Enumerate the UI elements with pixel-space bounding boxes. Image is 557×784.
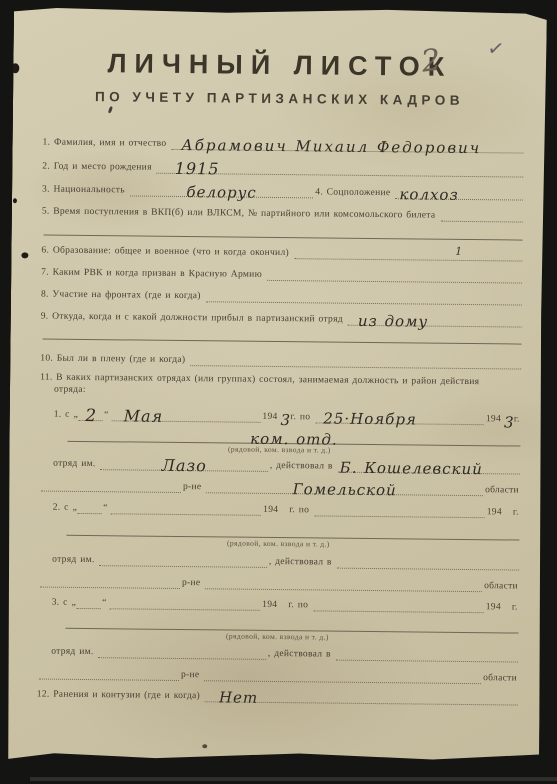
rne-label: р-не	[182, 577, 204, 589]
entry-3-acted-line	[336, 648, 519, 663]
field-8-line	[206, 289, 522, 305]
position-caption: (рядовой, ком. взвода и т. д.)	[178, 538, 378, 549]
year-suffix: г.	[512, 601, 521, 613]
entry-3-to-date-line	[313, 598, 484, 613]
entry-3-date-row: 3. с „ “ 194 г. по 194 г.	[52, 596, 521, 614]
quote-close: “	[103, 409, 110, 421]
field-5-label: 5. Время поступления в ВКП(б) или ВЛКСМ,…	[42, 206, 439, 222]
entry-1-district-row: р-не Гомельской области	[39, 479, 522, 497]
entry-3-position-line	[63, 616, 520, 634]
blank-rule	[44, 223, 523, 241]
field-11-label-line2: отряда:	[54, 385, 523, 400]
stray-pen-mark: 1	[455, 246, 462, 258]
year-printed: 194	[262, 599, 280, 611]
position-rule: ком. отд.	[67, 429, 520, 447]
field-4-line: колхоз	[395, 186, 523, 200]
year-suffix: г.	[514, 413, 523, 425]
otryad-label: отряд им.	[51, 646, 97, 658]
year-printed: 194	[486, 601, 504, 613]
field-7-line	[267, 268, 522, 284]
field-12-handwriting: Нет	[219, 691, 258, 703]
field-5-line	[440, 209, 523, 223]
field-3-line: белорус	[130, 183, 314, 198]
field-7-label: 7. Каким РВК и когда призван в Красную А…	[41, 267, 265, 281]
year-suffix: г.	[513, 506, 522, 518]
entry-1-acted-handwriting: Б. Кошелевский	[340, 462, 483, 475]
field-1-line: Абрамович Михаил Федорович	[171, 137, 523, 154]
district-lead-line	[39, 667, 179, 681]
field-9-continuation-line	[41, 327, 524, 345]
entry-1-to-date-handwriting: 25·Ноября	[323, 412, 417, 425]
entry-3-rne-line	[204, 668, 481, 684]
year-printed: 194	[263, 504, 281, 516]
oblast-label: области	[484, 580, 521, 592]
entry-2-acted-line	[337, 556, 520, 571]
field-9-row: 9. Откуда, когда и с какой должности при…	[41, 310, 524, 328]
entry-1-from-day-line: 2	[79, 408, 103, 421]
field-1-handwriting: Абрамович Михаил Федорович	[181, 139, 481, 154]
acted-label: , действовал в	[268, 648, 334, 661]
entry-1-acted-line: Б. Кошелевский	[338, 460, 521, 475]
entry-1-from-month-line: Мая	[112, 408, 261, 423]
quote-close: “	[101, 597, 108, 609]
field-9-line: из дому	[348, 313, 522, 328]
blank-rule	[43, 327, 522, 345]
to-label: г. по	[289, 504, 312, 516]
document-paper: ЛИЧНЫЙ ЛИСТОК 2 ✓ ПО УЧЕТУ ПАРТИЗАНСКИХ …	[6, 5, 547, 773]
entry-2-from-month-line	[111, 501, 262, 516]
entry-2-otryad-row: отряд им. , действовал в	[52, 553, 521, 571]
entry-3-district-row: р-не области	[37, 667, 520, 685]
position-caption: (рядовой, ком. взвода и т. д.)	[177, 631, 377, 642]
field-2-label: 2. Год и место рождения	[42, 161, 155, 174]
entry-2-district-row: р-не области	[38, 575, 521, 593]
entry-1-otryad-row: отряд им. Лазо , действовал в Б. Кошелев…	[53, 457, 522, 475]
position-rule	[65, 616, 518, 634]
year-printed: 194	[487, 506, 505, 518]
field-2-row: 2. Год и место рождения 1915	[42, 160, 525, 178]
field-10-line	[190, 353, 521, 369]
field-4-label: 4. Соцположение	[315, 186, 393, 199]
entry-1-to-year-handwriting: 3	[504, 416, 514, 428]
field-2-handwriting: 1915	[175, 163, 220, 175]
ink-speck	[21, 252, 28, 258]
entry-2-number: 2. с	[53, 502, 72, 514]
field-5-continuation-line	[42, 223, 525, 241]
entry-2-to-date-line	[314, 503, 485, 518]
field-4-handwriting: колхоз	[399, 188, 458, 201]
entry-1-position-line: ком. отд.	[65, 429, 522, 447]
entry-1-otryad-line: Лазо	[101, 457, 268, 472]
field-7-row: 7. Каким РВК и когда призван в Красную А…	[41, 266, 524, 284]
field-6-row: 6. Образование: общее и военное (что и к…	[41, 244, 524, 262]
entry-1-from-year-handwriting: 3	[280, 414, 290, 426]
quote-close: “	[102, 502, 109, 514]
district-lead-line	[41, 479, 181, 493]
field-8-row: 8. Участие на фронтах (где и когда)	[41, 288, 524, 306]
field-10-row: 10. Был ли в плену (где и когда)	[40, 352, 523, 370]
field-9-label: 9. Откуда, когда и с какой должности при…	[41, 311, 346, 326]
entry-3-number: 3. с	[52, 597, 71, 609]
oblast-label: области	[483, 672, 520, 684]
field-6-line: 1	[294, 246, 523, 261]
field-2-line: 1915	[157, 161, 524, 178]
acted-label: , действовал в	[270, 460, 336, 473]
field-12-line: Нет	[205, 689, 518, 705]
entry-2-from-day-line	[78, 501, 102, 514]
entry-1-date-row: 1. с „ 2 “ Мая 194 3 г. по 25·Ноября 194…	[54, 408, 523, 426]
entry-1-to-date-line: 25·Ноября	[315, 410, 484, 425]
rne-label: р-не	[183, 481, 205, 493]
acted-label: , действовал в	[269, 556, 335, 569]
entry-3-from-month-line	[110, 596, 261, 611]
entry-1-number: 1. с	[54, 409, 73, 421]
otryad-label: отряд им.	[53, 458, 99, 470]
entry-1-rne-line: Гомельской	[206, 480, 483, 496]
entry-1-rne-handwriting: Гомельской	[293, 483, 397, 496]
form-body: 1. Фамилия, имя и отчество Абрамович Мих…	[36, 6, 527, 773]
field-3-label: 3. Национальность	[42, 184, 128, 197]
entry-2-date-row: 2. с „ “ 194 г. по 194 г.	[53, 501, 522, 519]
scan-background: ЛИЧНЫЙ ЛИСТОК 2 ✓ ПО УЧЕТУ ПАРТИЗАНСКИХ …	[0, 0, 557, 784]
oblast-label: области	[485, 484, 522, 496]
to-label: г. по	[288, 599, 311, 611]
to-label: г. по	[290, 411, 313, 423]
entry-1-from-month-handwriting: Мая	[124, 410, 164, 422]
entry-1-from-day-handwriting: 2	[85, 410, 97, 422]
scanner-edge-strip	[30, 777, 557, 781]
field-5-row: 5. Время поступления в ВКП(б) или ВЛКСМ,…	[42, 205, 525, 223]
entry-3-otryad-line	[99, 645, 266, 660]
ink-speck	[13, 198, 17, 203]
field-12-label: 12. Ранения и контузии (где и когда)	[37, 689, 203, 703]
field-9-handwriting: из дому	[358, 315, 428, 328]
rne-label: р-не	[181, 669, 203, 681]
field-12-row: 12. Ранения и контузии (где и когда) Нет	[37, 688, 520, 706]
entry-1-position-handwriting: ком. отд.	[250, 433, 338, 446]
entry-3-from-day-line	[77, 596, 101, 609]
field-3-handwriting: белорус	[186, 186, 256, 199]
field-1-row: 1. Фамилия, имя и отчество Абрамович Мих…	[43, 136, 526, 154]
entry-1-otryad-handwriting: Лазо	[162, 460, 207, 472]
position-rule	[66, 523, 519, 541]
field-6-label: 6. Образование: общее и военное (что и к…	[41, 245, 292, 260]
entry-2-position-line	[64, 523, 521, 541]
field-10-label: 10. Был ли в плену (где и когда)	[40, 353, 188, 367]
otryad-label: отряд им.	[52, 554, 98, 566]
year-printed: 194	[262, 411, 280, 423]
field-3-4-row: 3. Национальность белорус 4. Соцположени…	[42, 183, 525, 201]
district-lead-line	[40, 575, 180, 589]
entry-3-otryad-row: отряд им. , действовал в	[51, 645, 520, 663]
entry-2-rne-line	[205, 576, 482, 592]
position-caption: (рядовой, ком. взвода и т. д.)	[179, 444, 379, 455]
field-8-label: 8. Участие на фронтах (где и когда)	[41, 289, 204, 303]
year-printed: 194	[486, 413, 504, 425]
entry-2-otryad-line	[100, 553, 267, 568]
field-1-label: 1. Фамилия, имя и отчество	[43, 137, 170, 150]
